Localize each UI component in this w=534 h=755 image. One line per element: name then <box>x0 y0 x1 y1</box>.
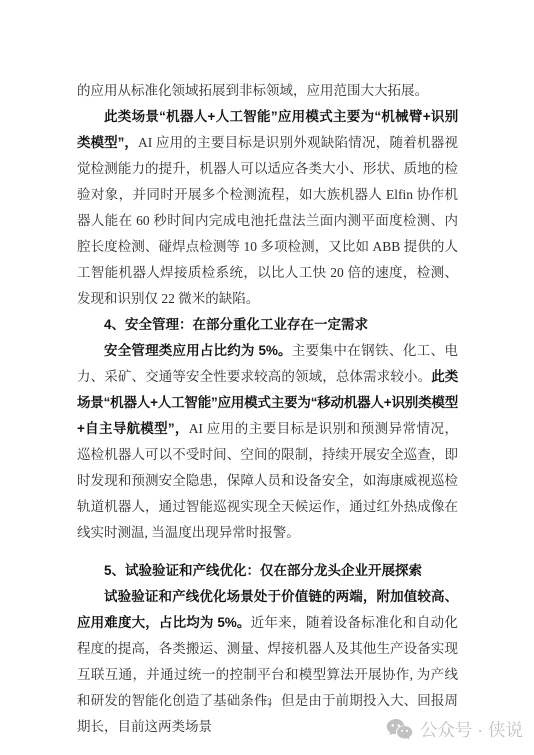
wechat-icon <box>386 718 413 741</box>
page-number: 13 <box>0 698 534 708</box>
watermark-text: 公众号 · 侠说 <box>420 717 523 742</box>
section-heading-4: 4、安全管理：在部分重化工业存在一定需求 <box>77 312 458 338</box>
paragraph-continuation: 的应用从标准化领域拓展到非标领域，应用范围大大拓展。 <box>77 78 458 104</box>
paragraph-safety: 安全管理类应用占比约为 5%。主要集中在钢铁、化工、电力、采矿、交通等安全性要求… <box>77 338 458 546</box>
document-body: 的应用从标准化领域拓展到非标领域，应用范围大大拓展。 此类场景“机器人+人工智能… <box>77 78 458 740</box>
paragraph-scene3: 此类场景“机器人+人工智能”应用模式主要为“机械臂+识别类模型”，AI 应用的主… <box>77 104 458 312</box>
paragraph-text: AI 应用的主要目标是识别和预测异常情况，巡检机器人可以不受时间、空间的限制，持… <box>77 421 458 540</box>
watermark-wechat-account: 公众号 · 侠说 <box>386 717 523 742</box>
paragraph-text: 的应用从标准化领域拓展到非标领域，应用范围大大拓展。 <box>77 83 428 98</box>
section-heading-5: 5、试验验证和产线优化：仅在部分龙头企业开展探索 <box>77 558 458 584</box>
paragraph-text: AI 应用的主要目标是识别外观缺陷情况，随着机器视觉检测能力的提升，机器人可以适… <box>77 135 458 306</box>
section-heading-text: 5、试验验证和产线优化：仅在部分龙头企业开展探索 <box>104 563 422 578</box>
section-heading-text: 4、安全管理：在部分重化工业存在一定需求 <box>104 317 368 332</box>
document-page: 的应用从标准化领域拓展到非标领域，应用范围大大拓展。 此类场景“机器人+人工智能… <box>0 0 534 755</box>
paragraph-text-bold: 安全管理类应用占比约为 5%。 <box>104 343 292 358</box>
